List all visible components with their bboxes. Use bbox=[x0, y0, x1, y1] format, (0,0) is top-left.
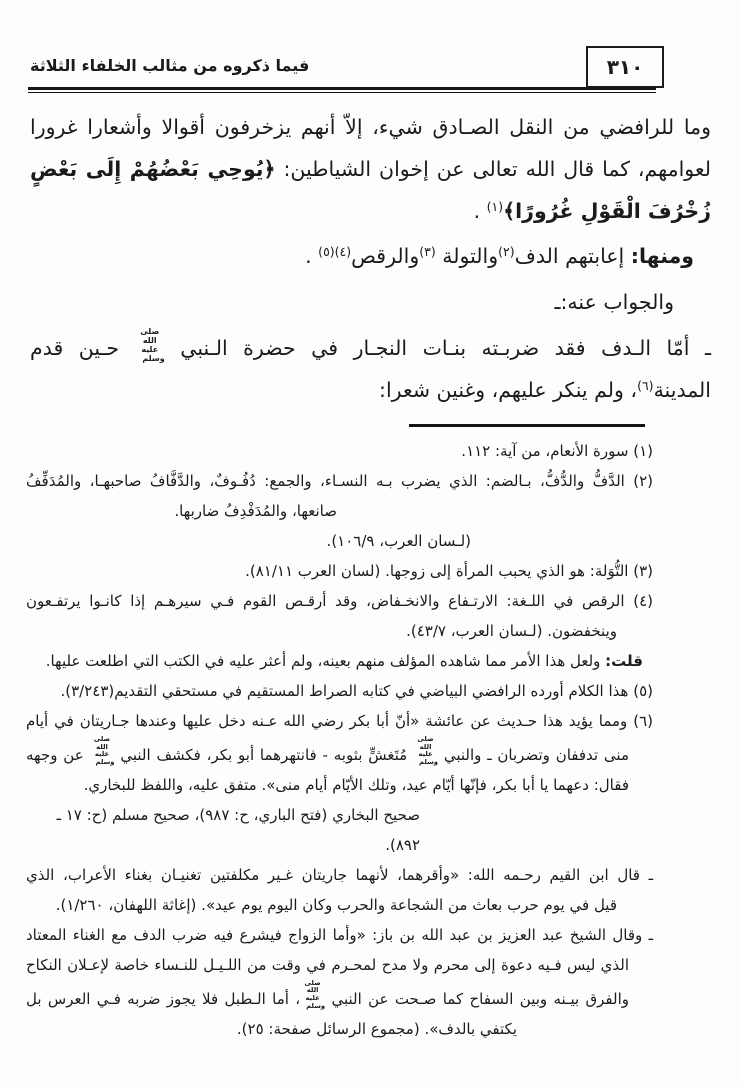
ibn-baz-text2: ، أما الـطبل فلا يجوز ضربه فـي العرس بل bbox=[26, 990, 300, 1008]
footnote-5: (٥) هذا الكلام أورده الرافضي البياضي في … bbox=[26, 676, 653, 706]
paragraph-4-line-1: ـ أمّا الـدف فقد ضربـته بنـات النجـار في… bbox=[30, 327, 711, 369]
footnote-divider bbox=[409, 424, 645, 427]
paragraph-1: وما للرافضي من النقل الصـادق شيء، إلاّ أ… bbox=[30, 106, 711, 232]
footnote-6-text2: مُتَغشٍّ بثوبه - فانتهرهما أبو بكر، فكشف… bbox=[120, 746, 407, 764]
salawat-symbol: صلى الله عليه وسلم bbox=[413, 736, 438, 766]
salawat-symbol: صلى الله عليه وسلم bbox=[90, 736, 115, 766]
paragraph-4-text4: ، ولم ينكر عليهم، وغنين شعرا: bbox=[379, 378, 637, 402]
page-number-box: ٣١٠ bbox=[586, 46, 664, 88]
paragraph-4-line-2: المدينة(٦)، ولم ينكر عليهم، وغنين شعرا: bbox=[30, 369, 711, 411]
paragraph-2-text3: والرقص bbox=[351, 244, 419, 268]
footnote-6-line-3: فقال: دعهما يا أبا بكر، فإنّها أيّام عيد… bbox=[26, 770, 653, 800]
footnote-ref-3: (٣) bbox=[419, 244, 436, 259]
footnote-6-line-2: منى تدففان وتضربان ـ والنبي صلى الله علي… bbox=[26, 736, 653, 770]
footnote-ref-6: (٦) bbox=[637, 378, 654, 393]
salawat-symbol: صلى الله عليه وسلم bbox=[135, 328, 165, 364]
qult-lead: قلت: bbox=[605, 652, 643, 670]
footnote-4-line-1: (٤) الرقص في اللـغة: الارتـفاع والانخـفا… bbox=[26, 586, 653, 616]
paragraph-2-text: إعابتهم الدف bbox=[515, 244, 631, 268]
footnotes-section: (١) سورة الأنعام، من آية: ١١٢. (٢) الدَّ… bbox=[26, 436, 653, 1044]
footnote-6-text3: عن وجهه bbox=[26, 746, 84, 764]
body-text: وما للرافضي من النقل الصـادق شيء، إلاّ أ… bbox=[30, 94, 711, 411]
footnote-2-line-2: صانعها، والمُدَفْدِفُ ضاربها. bbox=[26, 496, 337, 526]
ibn-baz-quote-line-2: الذي ليس فـيه دعوة إلى محرم ولا مدح لمحـ… bbox=[26, 950, 653, 980]
paragraph-2-text2: والتولة bbox=[436, 244, 498, 268]
paragraph-4-text: ـ أمّا الـدف فقد ضربـته بنـات النجـار في… bbox=[180, 336, 711, 360]
footnote-2-citation: (لـسان العرب، ١٠٦/٩). bbox=[26, 526, 471, 556]
ibn-baz-quote-line-1: ـ وقال الشيخ عبد العزيز بن عبد الله بن ب… bbox=[26, 920, 653, 950]
ibn-baz-quote-citation: يكتفي بالدف». (مجموع الرسائل صفحة: ٢٥). bbox=[26, 1014, 517, 1044]
paragraph-2: ومنها: إعابتهم الدف(٢)والتولة (٣)والرقص(… bbox=[30, 235, 711, 277]
book-page: فيما ذكروه من مثالب الخلفاء الثلاثة ٣١٠ … bbox=[0, 0, 741, 1087]
footnote-6-text: منى تدففان وتضربان ـ والنبي bbox=[444, 746, 629, 764]
paragraph-4-text2: حـين قدم bbox=[30, 336, 119, 360]
ibn-qayyim-quote-line-1: ـ قال ابن القيم رحـمه الله: «وأقرهما، لأ… bbox=[26, 860, 653, 890]
page-header: فيما ذكروه من مثالب الخلفاء الثلاثة ٣١٠ bbox=[0, 0, 741, 94]
footnote-ref-4-5: (٤)(٥) bbox=[318, 244, 351, 259]
paragraph-3: والجواب عنه:ـ bbox=[30, 281, 711, 323]
footnote-3: (٣) التُّوَلة: هو الذي يحبب المرأة إلى ز… bbox=[26, 556, 653, 586]
page-number: ٣١٠ bbox=[607, 55, 644, 79]
paragraph-2-tail: . bbox=[305, 244, 318, 268]
footnote-6-line-1: (٦) ومما يؤيد هذا حـديث عن عائشة «أنّ أب… bbox=[26, 706, 653, 736]
ibn-baz-quote-line-3: والفرق بيـنه وبين السفاح كما صـحت عن الن… bbox=[26, 980, 653, 1014]
paragraph-4-text3: المدينة bbox=[654, 378, 711, 402]
paragraph-2-lead: ومنها: bbox=[631, 244, 694, 268]
footnote-author-comment: قلت: ولعل هذا الأمر مما شاهده المؤلف منه… bbox=[26, 646, 643, 676]
qult-text: ولعل هذا الأمر مما شاهده المؤلف منهم بعي… bbox=[46, 652, 605, 670]
header-rule bbox=[28, 87, 656, 93]
footnote-4-line-2: وينخفضون. (لـسان العرب، ٤٣/٧). bbox=[26, 616, 617, 646]
ibn-baz-text: والفرق بيـنه وبين السفاح كما صـحت عن الن… bbox=[331, 990, 629, 1008]
footnote-6-references: صحيح البخاري (فتح الباري، ح: ٩٨٧)، صحيح … bbox=[26, 800, 420, 860]
ibn-qayyim-quote-line-2: قيل في يوم حرب بعاث من الشجاعة والحرب وك… bbox=[26, 890, 617, 920]
salawat-symbol: صلى الله عليه وسلم bbox=[300, 980, 325, 1010]
footnote-ref-1: (١) bbox=[487, 199, 504, 214]
footnote-ref-2: (٢) bbox=[498, 244, 515, 259]
footnote-1: (١) سورة الأنعام، من آية: ١١٢. bbox=[26, 436, 653, 466]
paragraph-1-tail: . bbox=[474, 199, 487, 223]
footnote-2-line-1: (٢) الدَّفُّ والدُّفُّ، بـالضم: الذي يضر… bbox=[26, 466, 653, 496]
chapter-title: فيما ذكروه من مثالب الخلفاء الثلاثة bbox=[30, 56, 309, 75]
